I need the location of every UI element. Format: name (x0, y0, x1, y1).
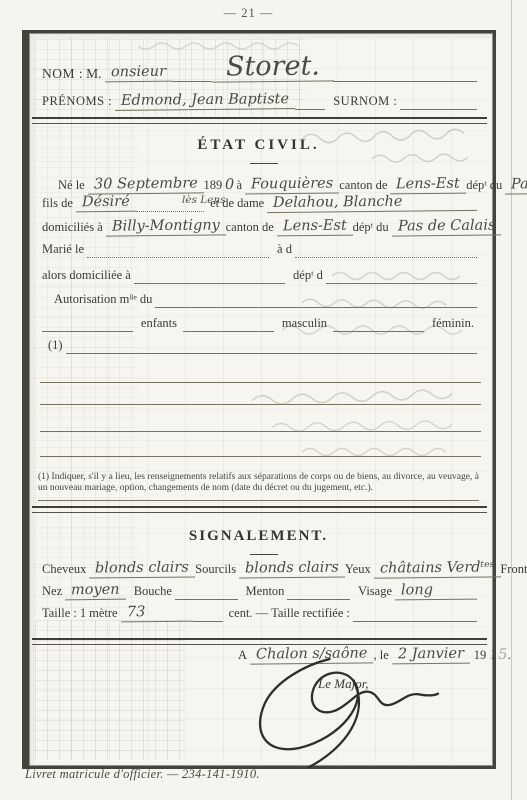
cent-label: cent. (223, 607, 256, 622)
document-footer: Livret matricule d'officier. — 234-141-1… (25, 767, 260, 782)
marie-label: Marié le (42, 243, 87, 258)
title-dash (250, 163, 278, 164)
parents-row: fils de Désiré et de dame Delahou, Blanc… (42, 190, 477, 212)
year-handwritten: 15 (489, 648, 508, 664)
blank-line (295, 252, 477, 258)
signature (233, 643, 452, 776)
blank-line (66, 348, 477, 354)
blank-line (333, 326, 424, 332)
etat-civil-title: ÉTAT CIVIL. (30, 137, 487, 154)
blank-line (175, 594, 238, 600)
mother-value: Delahou, Blanche (267, 194, 477, 213)
nez-label: Nez (42, 585, 65, 600)
blank-line (353, 616, 477, 622)
height-row: Taille : 1 mètre 73 cent. — Taille recti… (42, 602, 477, 622)
spouse-domicile-row: alors domiciliée à dépᵗ d (42, 264, 477, 284)
domicile-label: domiciliés à (42, 221, 106, 236)
masculin-label: masculin (274, 317, 333, 332)
prenoms-label: PRÉNOMS : (42, 95, 115, 110)
alors-label: alors domiciliée à (42, 269, 134, 284)
yeux-value: châtains Verdᵗᵉˢ (374, 560, 501, 578)
blank-line (87, 252, 269, 258)
page-edge-line (511, 0, 512, 800)
domicile-dept-label: dépᵗ du (353, 221, 392, 236)
blank-line (183, 326, 274, 332)
feminin-label: féminin. (424, 317, 477, 332)
front-label: Front (500, 563, 527, 578)
enfants-label: enfants (133, 317, 183, 332)
blank-line (193, 616, 223, 622)
blank-line (42, 326, 133, 332)
yeux-label: Yeux (345, 563, 374, 578)
dame-label: et de dame (204, 197, 267, 212)
blank-line (134, 278, 285, 284)
prenoms-value: Edmond, Jean Baptiste (115, 92, 295, 111)
nom-label: NOM : (42, 67, 86, 82)
nom-printed-m: M. (86, 67, 104, 82)
blank-line (40, 382, 481, 383)
cheveux-label: Cheveux (42, 563, 89, 578)
children-row: enfants masculin féminin. (42, 312, 477, 332)
taille-un: 1 (80, 607, 89, 622)
a-d-label: à d (269, 243, 295, 258)
bouche-label: Bouche (126, 585, 175, 600)
visage-value: long (395, 583, 477, 601)
title-dash (250, 554, 278, 555)
nom-handwritten-suffix: onsieur (104, 65, 171, 83)
signalement-title: SIGNALEMENT. (30, 528, 487, 545)
blank-line (326, 278, 477, 284)
fils-label: fils de (42, 197, 76, 212)
marriage-row: Marié le à d (42, 238, 477, 258)
nez-value: moyen (65, 583, 126, 601)
blank-line (333, 76, 477, 82)
surnom-label: SURNOM : (325, 95, 400, 110)
blank-line (136, 206, 204, 212)
taille-rect-label: Taille rectifiée : (271, 607, 353, 622)
renvoi-row: (1) (42, 334, 477, 354)
authorization-row: Autorisation mˡˡᵉ du (42, 288, 477, 308)
sourcils-value: blonds clairs (239, 560, 345, 578)
domicile-canton-value: Lens-Est (277, 219, 353, 237)
blank-line (172, 76, 212, 82)
section-divider (32, 117, 487, 124)
page-number: — 21 — (0, 6, 497, 21)
metre-label: mètre (89, 607, 120, 622)
prenoms-row: PRÉNOMS : Edmond, Jean Baptiste SURNOM : (42, 86, 477, 110)
dash-label: — (256, 607, 272, 622)
visage-label: Visage (350, 585, 395, 600)
taille-label: Taille : (42, 607, 80, 622)
blank-line (40, 456, 481, 457)
domicile-value: Billy-Montigny (106, 218, 226, 236)
nom-value: Storet. (211, 52, 333, 82)
domicile-canton-label: canton de (226, 221, 277, 236)
blank-line (155, 302, 477, 308)
blank-line (40, 404, 481, 405)
birth-dept-value: Pas de Calais (505, 176, 527, 194)
cheveux-value: blonds clairs (89, 560, 195, 578)
period-label: . (508, 649, 514, 664)
domicile-row: domiciliés à Billy-Montigny canton de Le… (42, 214, 483, 236)
nose-row: Nez moyen Bouche Menton Visage long (42, 580, 477, 600)
document-sheet: — 21 — NOM : M. onsieur Storet. PRÉNOMS … (0, 0, 527, 800)
autorisation-label: Autorisation mˡˡᵉ du (42, 293, 155, 308)
blank-line (295, 104, 325, 110)
blank-line (40, 431, 481, 432)
section-divider (32, 506, 487, 513)
taille-cm-value: 73 (121, 605, 193, 623)
year-prefix: 19 (470, 649, 490, 664)
nom-row: NOM : M. onsieur Storet. (42, 50, 477, 82)
dep-d-label: dépᵗ d (285, 269, 326, 284)
domicile-dept-value: Pas de Calais (392, 218, 502, 236)
menton-label: Menton (238, 585, 288, 600)
hair-row: Cheveux blonds clairs Sourcils blonds cl… (42, 556, 483, 578)
blank-line (400, 104, 477, 110)
blank-line (287, 594, 350, 600)
sourcils-label: Sourcils (195, 563, 239, 578)
footnote-underline (38, 500, 479, 501)
footnote-text: (1) Indiquer, s'il y a lieu, les renseig… (38, 472, 479, 494)
father-value: Désiré (76, 195, 136, 213)
renvoi-label: (1) (42, 339, 66, 354)
